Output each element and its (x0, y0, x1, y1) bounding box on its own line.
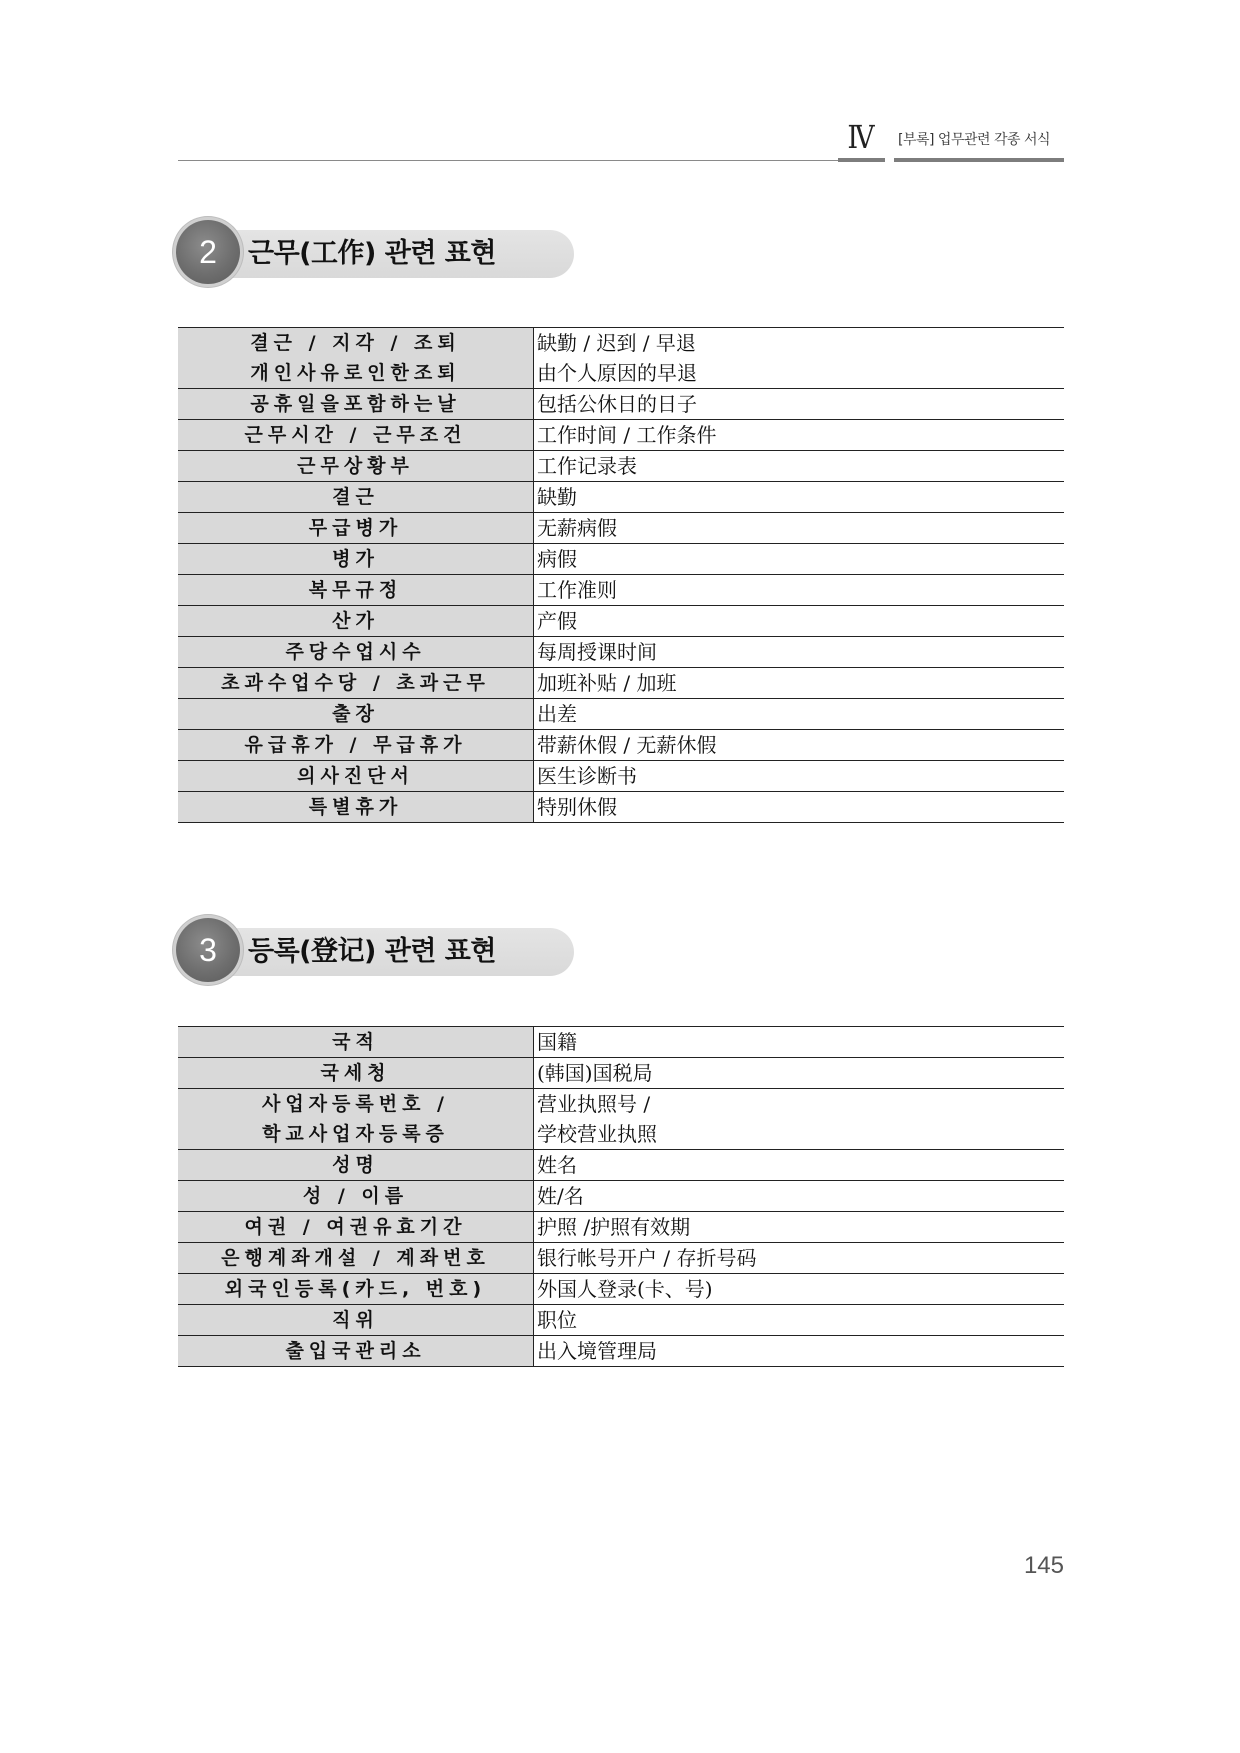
chinese-translation-cell: 工作时间 / 工作条件 (534, 420, 1065, 451)
chinese-translation-cell: 加班补贴 / 加班 (534, 668, 1065, 699)
table-row: 여권 / 여권유효기간护照 /护照有效期 (178, 1212, 1064, 1243)
chinese-translation-cell: 缺勤 / 迟到 / 早退由个人原因的早退 (534, 328, 1065, 389)
table-row: 결근 / 지각 / 조퇴개인사유로인한조퇴缺勤 / 迟到 / 早退由个人原因的早… (178, 328, 1064, 389)
chinese-translation-cell: 缺勤 (534, 482, 1065, 513)
section-heading-work: 2 근무(工作) 관련 표현 (176, 220, 576, 286)
korean-term: 공휴일을포함하는날 (178, 389, 533, 419)
chinese-translation: 特别休假 (537, 792, 1064, 822)
chinese-translation: 国籍 (537, 1027, 1064, 1057)
section-title: 등록(登记) 관련 표현 (248, 930, 496, 974)
table-row: 결근缺勤 (178, 482, 1064, 513)
table-row: 사업자등록번호 /학교사업자등록증营业执照号 /学校营业执照 (178, 1089, 1064, 1150)
korean-term-cell: 은행계좌개설 / 계좌번호 (178, 1243, 534, 1274)
table-row: 출입국관리소出入境管理局 (178, 1336, 1064, 1367)
korean-term-cell: 주당수업시수 (178, 637, 534, 668)
chinese-translation: 带薪休假 / 无薪休假 (537, 730, 1064, 760)
korean-term: 학교사업자등록증 (178, 1119, 533, 1149)
korean-term-cell: 사업자등록번호 /학교사업자등록증 (178, 1089, 534, 1150)
korean-term: 초과수업수당 / 초과근무 (178, 668, 533, 698)
korean-term-cell: 근무상황부 (178, 451, 534, 482)
korean-term-cell: 직위 (178, 1305, 534, 1336)
table-row: 유급휴가 / 무급휴가带薪休假 / 无薪休假 (178, 730, 1064, 761)
section-heading-registration: 3 등록(登记) 관련 표현 (176, 918, 576, 984)
korean-term: 출장 (178, 699, 533, 729)
korean-term-cell: 복무규정 (178, 575, 534, 606)
chinese-translation: 由个人原因的早退 (537, 358, 1064, 388)
chinese-translation: 工作记录表 (537, 451, 1064, 481)
korean-term-cell: 근무시간 / 근무조건 (178, 420, 534, 451)
korean-term-cell: 여권 / 여권유효기간 (178, 1212, 534, 1243)
korean-term-cell: 외국인등록(카드, 번호) (178, 1274, 534, 1305)
work-expressions-table: 결근 / 지각 / 조퇴개인사유로인한조퇴缺勤 / 迟到 / 早退由个人原因的早… (178, 327, 1064, 823)
korean-term-cell: 병가 (178, 544, 534, 575)
korean-term: 사업자등록번호 / (178, 1089, 533, 1119)
chinese-translation: (韩国)国税局 (537, 1058, 1064, 1088)
chinese-translation: 工作时间 / 工作条件 (537, 420, 1064, 450)
chinese-translation-cell: 出差 (534, 699, 1065, 730)
korean-term: 은행계좌개설 / 계좌번호 (178, 1243, 533, 1273)
chapter-numeral-underline (838, 158, 885, 162)
table-row: 초과수업수당 / 초과근무加班补贴 / 加班 (178, 668, 1064, 699)
chinese-translation-cell: 特别休假 (534, 792, 1065, 823)
table-row: 국세청(韩国)国税局 (178, 1058, 1064, 1089)
chinese-translation: 加班补贴 / 加班 (537, 668, 1064, 698)
korean-term: 여권 / 여권유효기간 (178, 1212, 533, 1242)
chinese-translation-cell: 姓/名 (534, 1181, 1065, 1212)
chinese-translation: 护照 /护照有效期 (537, 1212, 1064, 1242)
korean-term: 유급휴가 / 무급휴가 (178, 730, 533, 760)
section-title: 근무(工作) 관련 표현 (248, 232, 496, 276)
chinese-translation: 银行帐号开户 / 存折号码 (537, 1243, 1064, 1273)
korean-term: 근무시간 / 근무조건 (178, 420, 533, 450)
korean-term-cell: 결근 (178, 482, 534, 513)
korean-term: 성 / 이름 (178, 1181, 533, 1211)
section-number-badge: 3 (176, 918, 240, 982)
chinese-translation: 工作准则 (537, 575, 1064, 605)
chinese-translation-cell: 营业执照号 /学校营业执照 (534, 1089, 1065, 1150)
korean-term: 결근 / 지각 / 조퇴 (178, 328, 533, 358)
section-number-badge: 2 (176, 220, 240, 284)
korean-term-cell: 출장 (178, 699, 534, 730)
table-row: 의사진단서医生诊断书 (178, 761, 1064, 792)
table-row: 국적国籍 (178, 1027, 1064, 1058)
korean-term: 외국인등록(카드, 번호) (178, 1274, 533, 1304)
table-row: 복무규정工作准则 (178, 575, 1064, 606)
korean-term: 결근 (178, 482, 533, 512)
korean-term-cell: 초과수업수당 / 초과근무 (178, 668, 534, 699)
korean-term: 성명 (178, 1150, 533, 1180)
chinese-translation-cell: 外国人登录(卡、号) (534, 1274, 1065, 1305)
table-row: 성 / 이름姓/名 (178, 1181, 1064, 1212)
chapter-numeral: Ⅳ (841, 120, 880, 154)
table-body: 국적国籍국세청(韩国)国税局사업자등록번호 /학교사업자등록증营业执照号 /学校… (178, 1027, 1064, 1367)
header-rule (178, 160, 838, 161)
chinese-translation-cell: 银行帐号开户 / 存折号码 (534, 1243, 1065, 1274)
table-row: 산가产假 (178, 606, 1064, 637)
korean-term: 출입국관리소 (178, 1336, 533, 1366)
korean-term: 국적 (178, 1027, 533, 1057)
table-row: 직위职位 (178, 1305, 1064, 1336)
korean-term-cell: 국세청 (178, 1058, 534, 1089)
korean-term: 근무상황부 (178, 451, 533, 481)
korean-term-cell: 무급병가 (178, 513, 534, 544)
chinese-translation-cell: 护照 /护照有效期 (534, 1212, 1065, 1243)
chinese-translation: 职位 (537, 1305, 1064, 1335)
chinese-translation-cell: 每周授课时间 (534, 637, 1065, 668)
chapter-title-underline (894, 158, 1064, 162)
chinese-translation-cell: 产假 (534, 606, 1065, 637)
korean-term-cell: 출입국관리소 (178, 1336, 534, 1367)
chinese-translation: 医生诊断书 (537, 761, 1064, 791)
chinese-translation: 姓/名 (537, 1181, 1064, 1211)
korean-term-cell: 국적 (178, 1027, 534, 1058)
chinese-translation: 出入境管理局 (537, 1336, 1064, 1366)
table-row: 출장出差 (178, 699, 1064, 730)
chinese-translation: 缺勤 (537, 482, 1064, 512)
chinese-translation-cell: 无薪病假 (534, 513, 1065, 544)
korean-term-cell: 유급휴가 / 무급휴가 (178, 730, 534, 761)
chinese-translation: 包括公休日的日子 (537, 389, 1064, 419)
korean-term: 복무규정 (178, 575, 533, 605)
table-row: 무급병가无薪病假 (178, 513, 1064, 544)
korean-term: 직위 (178, 1305, 533, 1335)
chinese-translation: 营业执照号 / (537, 1089, 1064, 1119)
korean-term-cell: 공휴일을포함하는날 (178, 389, 534, 420)
korean-term-cell: 산가 (178, 606, 534, 637)
chinese-translation: 学校营业执照 (537, 1119, 1064, 1149)
table-row: 근무상황부工作记录表 (178, 451, 1064, 482)
table-row: 은행계좌개설 / 계좌번호银行帐号开户 / 存折号码 (178, 1243, 1064, 1274)
chinese-translation: 出差 (537, 699, 1064, 729)
chinese-translation: 每周授课时间 (537, 637, 1064, 667)
chinese-translation: 病假 (537, 544, 1064, 574)
korean-term: 국세청 (178, 1058, 533, 1088)
table-row: 공휴일을포함하는날包括公休日的日子 (178, 389, 1064, 420)
chinese-translation-cell: 带薪休假 / 无薪休假 (534, 730, 1065, 761)
table-row: 외국인등록(카드, 번호)外国人登录(卡、号) (178, 1274, 1064, 1305)
korean-term-cell: 성 / 이름 (178, 1181, 534, 1212)
chinese-translation: 缺勤 / 迟到 / 早退 (537, 328, 1064, 358)
chinese-translation-cell: 病假 (534, 544, 1065, 575)
chinese-translation-cell: 工作记录表 (534, 451, 1065, 482)
korean-term-cell: 의사진단서 (178, 761, 534, 792)
registration-expressions-table: 국적国籍국세청(韩国)国税局사업자등록번호 /학교사업자등록증营业执照号 /学校… (178, 1026, 1064, 1367)
chinese-translation-cell: 出入境管理局 (534, 1336, 1065, 1367)
chinese-translation-cell: (韩国)国税局 (534, 1058, 1065, 1089)
korean-term: 산가 (178, 606, 533, 636)
chinese-translation-cell: 职位 (534, 1305, 1065, 1336)
table-row: 성명姓名 (178, 1150, 1064, 1181)
korean-term-cell: 성명 (178, 1150, 534, 1181)
chinese-translation-cell: 医生诊断书 (534, 761, 1065, 792)
table-row: 특별휴가特别休假 (178, 792, 1064, 823)
chinese-translation-cell: 国籍 (534, 1027, 1065, 1058)
korean-term: 무급병가 (178, 513, 533, 543)
table-row: 주당수업시수每周授课时间 (178, 637, 1064, 668)
chinese-translation-cell: 包括公休日的日子 (534, 389, 1065, 420)
korean-term: 특별휴가 (178, 792, 533, 822)
korean-term: 개인사유로인한조퇴 (178, 358, 533, 388)
table-row: 병가病假 (178, 544, 1064, 575)
chinese-translation: 无薪病假 (537, 513, 1064, 543)
chinese-translation: 外国人登录(卡、号) (537, 1274, 1064, 1304)
page-number: 145 (1010, 1552, 1064, 1580)
korean-term: 병가 (178, 544, 533, 574)
table-body: 결근 / 지각 / 조퇴개인사유로인한조퇴缺勤 / 迟到 / 早退由个人原因的早… (178, 328, 1064, 823)
korean-term-cell: 특별휴가 (178, 792, 534, 823)
table-row: 근무시간 / 근무조건工作时间 / 工作条件 (178, 420, 1064, 451)
chinese-translation: 姓名 (537, 1150, 1064, 1180)
chinese-translation: 产假 (537, 606, 1064, 636)
chinese-translation-cell: 工作准则 (534, 575, 1065, 606)
korean-term: 주당수업시수 (178, 637, 533, 667)
korean-term-cell: 결근 / 지각 / 조퇴개인사유로인한조퇴 (178, 328, 534, 389)
korean-term: 의사진단서 (178, 761, 533, 791)
chapter-title: [부록] 업무관련 각종 서식 (898, 130, 1050, 150)
chinese-translation-cell: 姓名 (534, 1150, 1065, 1181)
